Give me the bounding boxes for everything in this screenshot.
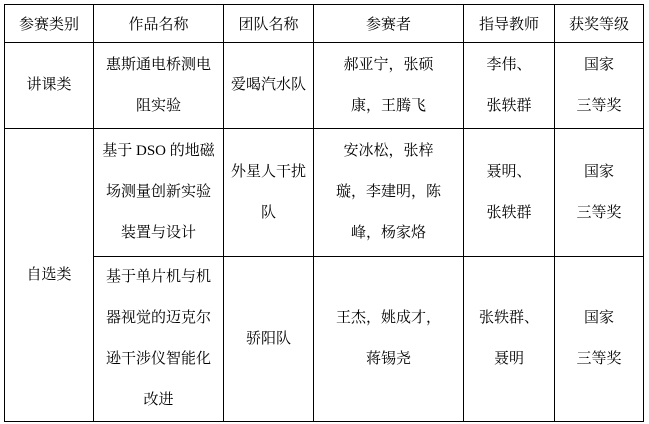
cell-work-name: 基于 DSO 的地磁 场测量创新实验 装置与设计 bbox=[94, 129, 224, 257]
col-header-participants: 参赛者 bbox=[314, 5, 464, 43]
cell-work-name: 基于单片机与机 器视觉的迈克尔 逊干涉仪智能化 改进 bbox=[94, 257, 224, 422]
cell-team-name: 外星人干扰 队 bbox=[224, 129, 314, 257]
cell-participants: 安冰松，张梓 璇，李建明，陈 峰，杨家烙 bbox=[314, 129, 464, 257]
cell-award-level: 国家 三等奖 bbox=[555, 257, 644, 422]
cell-instructors: 聂明、 张轶群 bbox=[464, 129, 555, 257]
cell-instructors: 张轶群、 聂明 bbox=[464, 257, 555, 422]
award-results-table: 参赛类别 作品名称 团队名称 参赛者 指导教师 获奖等级 讲课类 惠斯通电桥测电… bbox=[4, 4, 644, 422]
cell-category: 讲课类 bbox=[5, 43, 94, 129]
cell-participants: 王杰，姚成才， 蒋锡尧 bbox=[314, 257, 464, 422]
cell-team-name: 爱喝汽水队 bbox=[224, 43, 314, 129]
cell-team-name: 骄阳队 bbox=[224, 257, 314, 422]
col-header-category: 参赛类别 bbox=[5, 5, 94, 43]
cell-award-level: 国家 三等奖 bbox=[555, 129, 644, 257]
col-header-team-name: 团队名称 bbox=[224, 5, 314, 43]
col-header-instructors: 指导教师 bbox=[464, 5, 555, 43]
cell-work-name: 惠斯通电桥测电 阻实验 bbox=[94, 43, 224, 129]
table-row: 自选类 基于 DSO 的地磁 场测量创新实验 装置与设计 外星人干扰 队 安冰松… bbox=[5, 129, 644, 257]
col-header-award-level: 获奖等级 bbox=[555, 5, 644, 43]
header-row: 参赛类别 作品名称 团队名称 参赛者 指导教师 获奖等级 bbox=[5, 5, 644, 43]
cell-award-level: 国家 三等奖 bbox=[555, 43, 644, 129]
cell-instructors: 李伟、 张轶群 bbox=[464, 43, 555, 129]
table-row: 基于单片机与机 器视觉的迈克尔 逊干涉仪智能化 改进 骄阳队 王杰，姚成才， 蒋… bbox=[5, 257, 644, 422]
col-header-work-name: 作品名称 bbox=[94, 5, 224, 43]
table-row: 讲课类 惠斯通电桥测电 阻实验 爱喝汽水队 郝亚宁，张硕 康，王腾飞 李伟、 张… bbox=[5, 43, 644, 129]
cell-category: 自选类 bbox=[5, 129, 94, 422]
cell-participants: 郝亚宁，张硕 康，王腾飞 bbox=[314, 43, 464, 129]
